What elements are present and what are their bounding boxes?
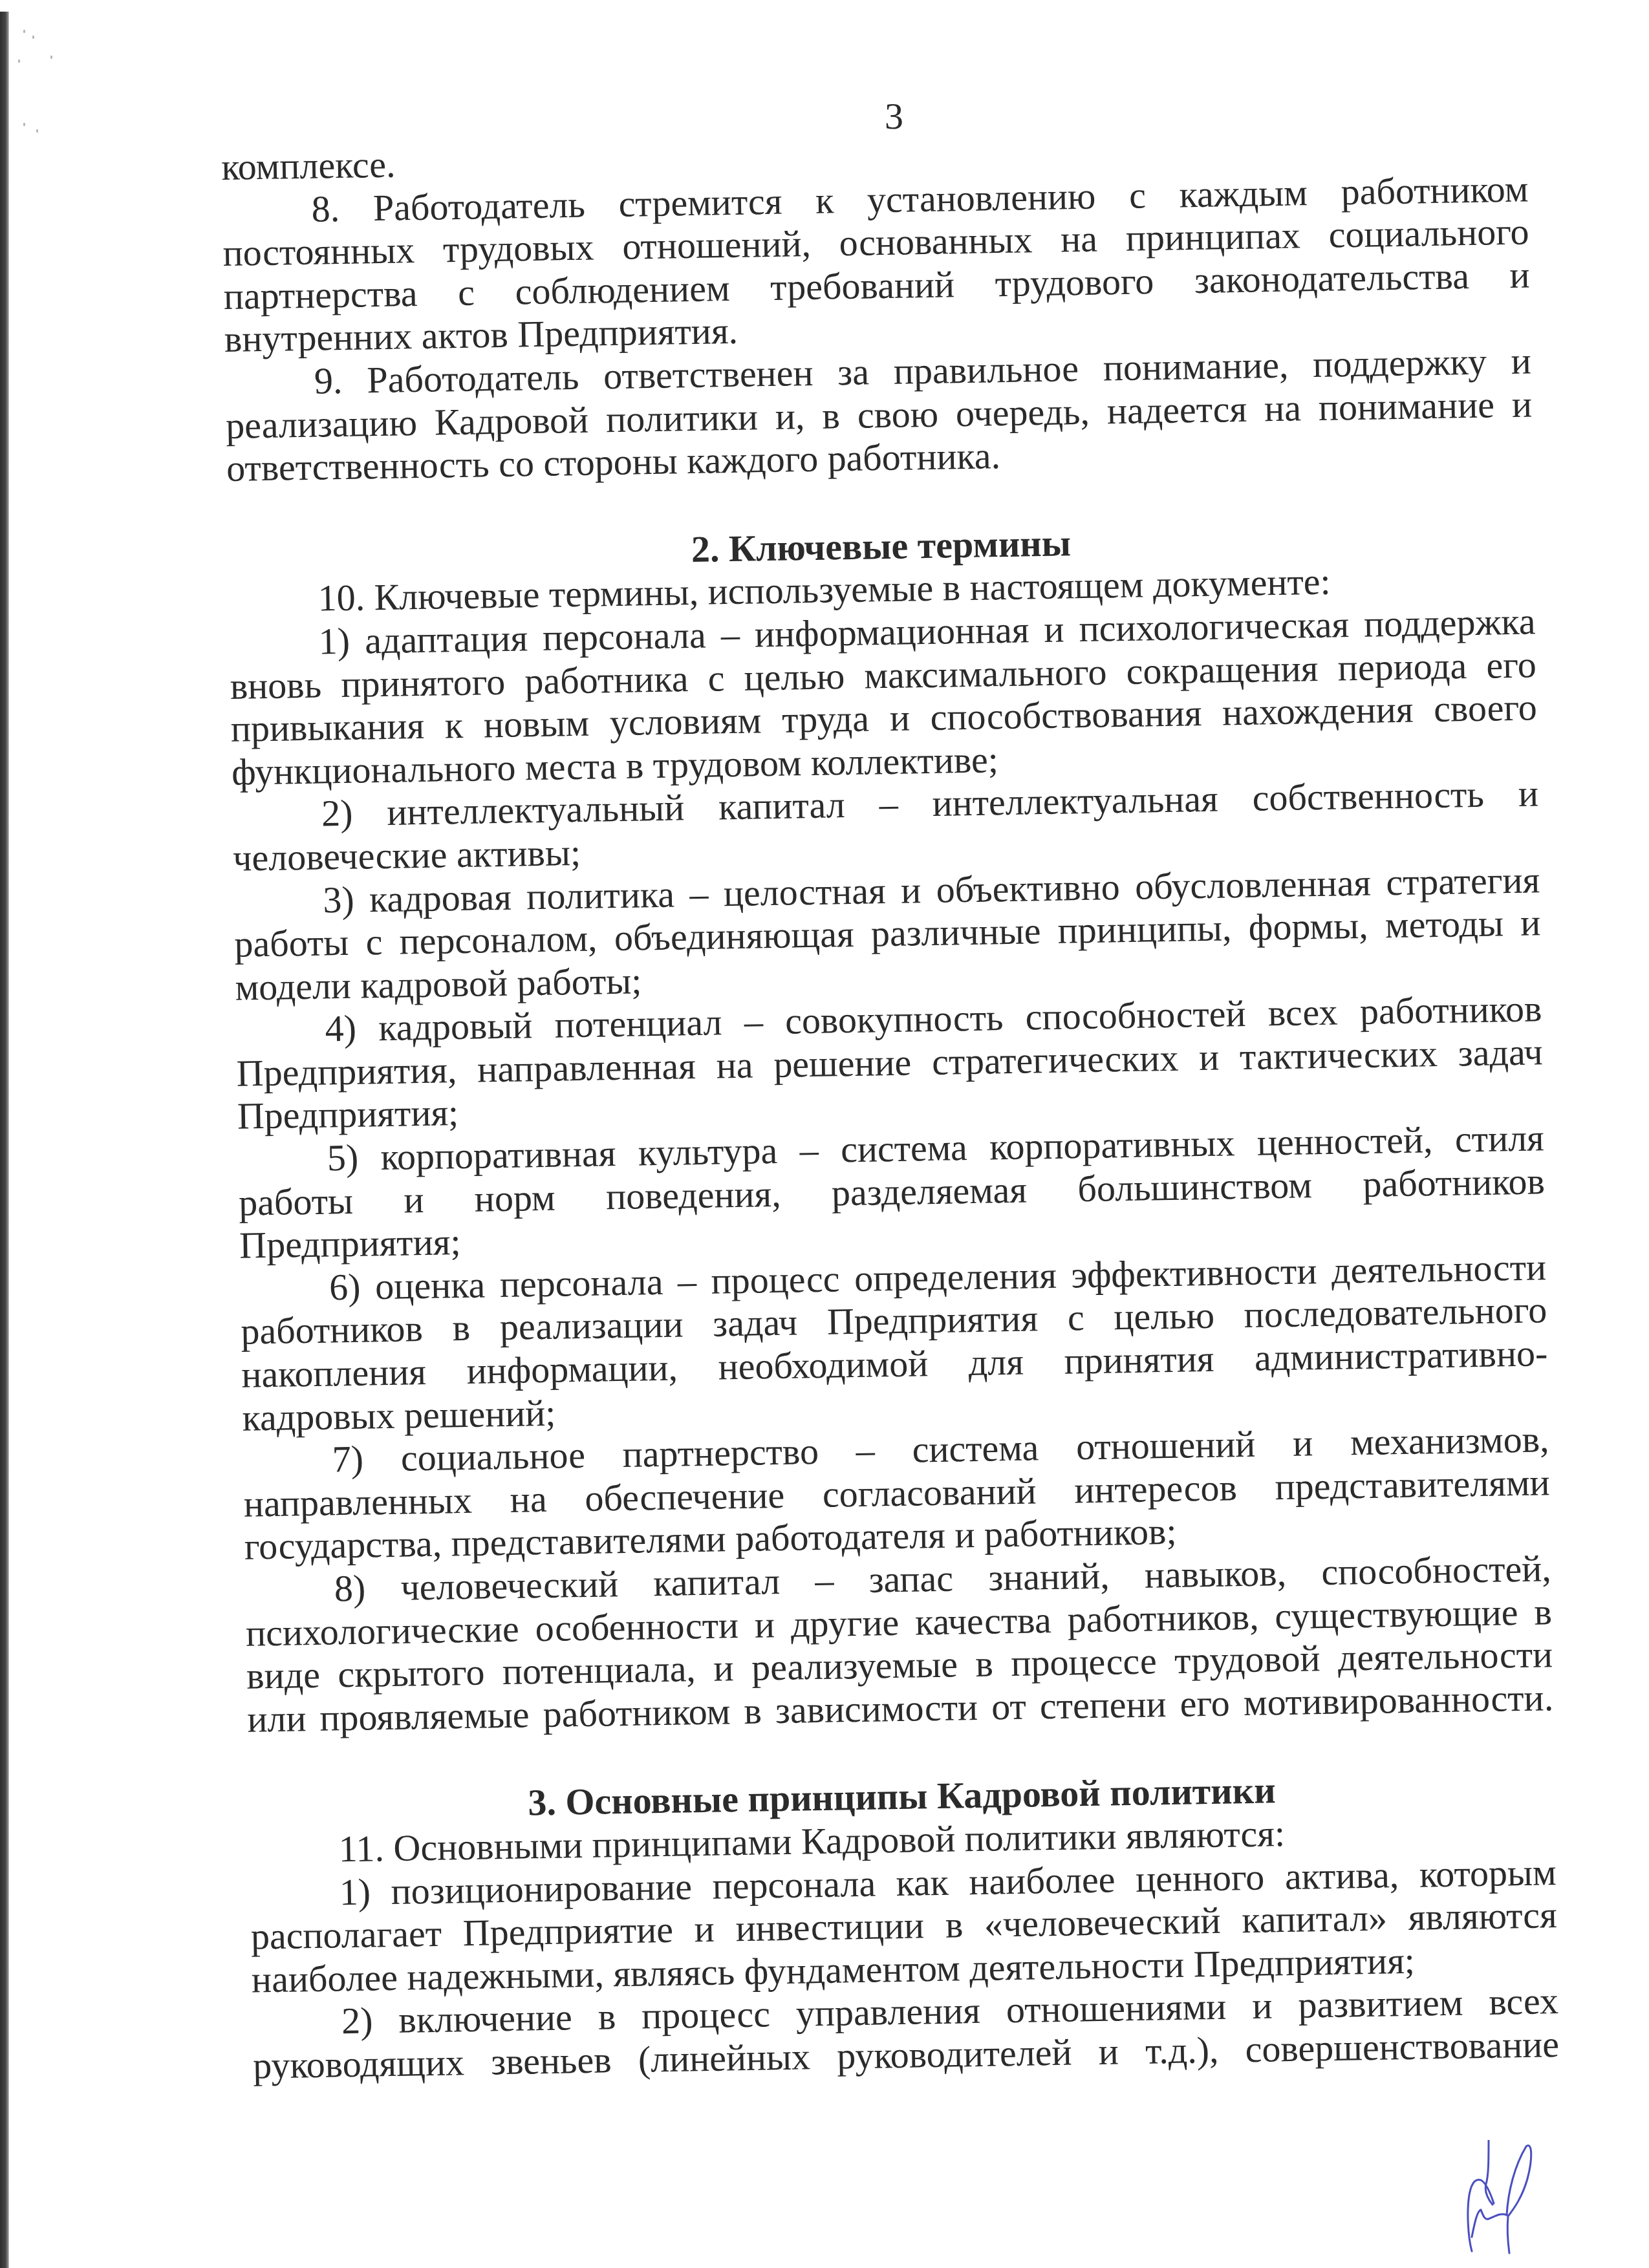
term-3: 3) кадровая политика – целостная и объек… (233, 859, 1542, 1009)
scan-speck (23, 30, 25, 33)
term-6: 6) оценка персонала – процесс определени… (240, 1246, 1549, 1440)
scan-speck (50, 56, 52, 59)
paragraph-9: 9. Работодатель ответственен за правильн… (225, 339, 1533, 490)
term-4: 4) кадровый потенциал – совокупность спо… (235, 988, 1544, 1139)
document-body: комплексе. 8. Работодатель стремится к у… (221, 125, 1560, 2088)
term-1: 1) адаптация персонала – информационная … (229, 600, 1538, 794)
page-number: 3 (885, 97, 903, 136)
term-7: 7) социальное партнерство – система отно… (242, 1418, 1551, 1568)
term-8: 8) человеческий капитал – запас знаний, … (244, 1547, 1553, 1741)
principle-1: 1) позиционирование персонала как наибол… (250, 1851, 1558, 2002)
paragraph-8: 8. Работодатель стремится к установлению… (222, 167, 1531, 361)
scan-speck (36, 129, 38, 133)
scan-speck (18, 59, 20, 63)
scan-edge-shadow (0, 12, 9, 2268)
handwritten-signature (1463, 2140, 1544, 2263)
term-5: 5) корпоративная культура – система корп… (237, 1117, 1546, 1267)
scan-speck (32, 36, 34, 39)
scan-speck (23, 123, 25, 126)
